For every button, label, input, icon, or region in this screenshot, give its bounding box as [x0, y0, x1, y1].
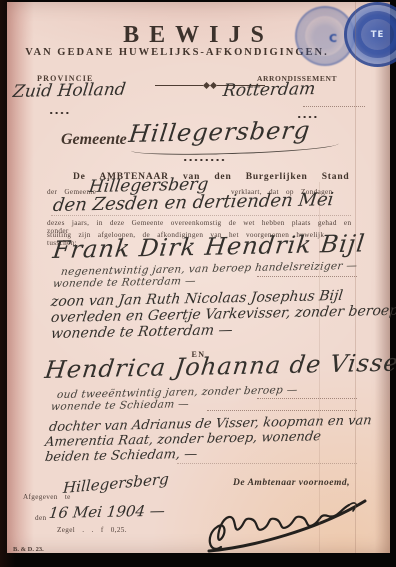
- printer-mark: B. & D. 23.: [13, 546, 44, 553]
- stamp-center-letter: C: [329, 32, 337, 45]
- groom-details-2: wonende te Rotterdam —: [52, 275, 196, 290]
- document-subtitle: VAN GEDANE HUWELIJKS-AFKONDIGINGEN.: [12, 47, 342, 58]
- stamp-right-text: TE: [371, 30, 385, 40]
- bride-details-2: wonende te Schiedam —: [50, 398, 189, 413]
- form-dotted-line: [51, 214, 351, 216]
- form-dotted-line: [257, 275, 357, 277]
- gemeente-label: Gemeente: [61, 131, 127, 149]
- paper-crease: [355, 2, 356, 553]
- document-paper: BEWIJS VAN GEDANE HUWELIJKS-AFKONDIGINGE…: [7, 2, 390, 553]
- date-label: den: [35, 514, 46, 522]
- paper-crease: [319, 182, 320, 552]
- date-value-hand: 16 Mei 1904 —: [48, 502, 166, 522]
- document-photo: BEWIJS VAN GEDANE HUWELIJKS-AFKONDIGINGE…: [0, 0, 396, 567]
- official-closing: De Ambtenaar voornoemd,: [233, 478, 350, 488]
- registrar-signature: [201, 489, 373, 557]
- form-dotted-line: [177, 462, 357, 464]
- registry-ink-stamp-icon: TE: [344, 2, 396, 67]
- form-dotted-line: [207, 409, 357, 411]
- flourish-ornament: [49, 111, 71, 115]
- arrondissement-value: Rotterdam: [222, 79, 317, 101]
- flourish-ornament: [183, 158, 227, 162]
- issued-place-hand: Hillegersberg: [63, 470, 170, 497]
- groom-parents-3: wonende te Rotterdam —: [50, 322, 233, 342]
- seal-fee-line: Zegel . . f 0,25.: [57, 526, 127, 534]
- dates-handwritten: den Zesden en dertienden Mei: [52, 189, 335, 216]
- bride-parents-3: beiden te Schiedam, —: [44, 447, 198, 465]
- province-value: Zuid Holland: [12, 80, 127, 102]
- form-dotted-line: [257, 397, 357, 399]
